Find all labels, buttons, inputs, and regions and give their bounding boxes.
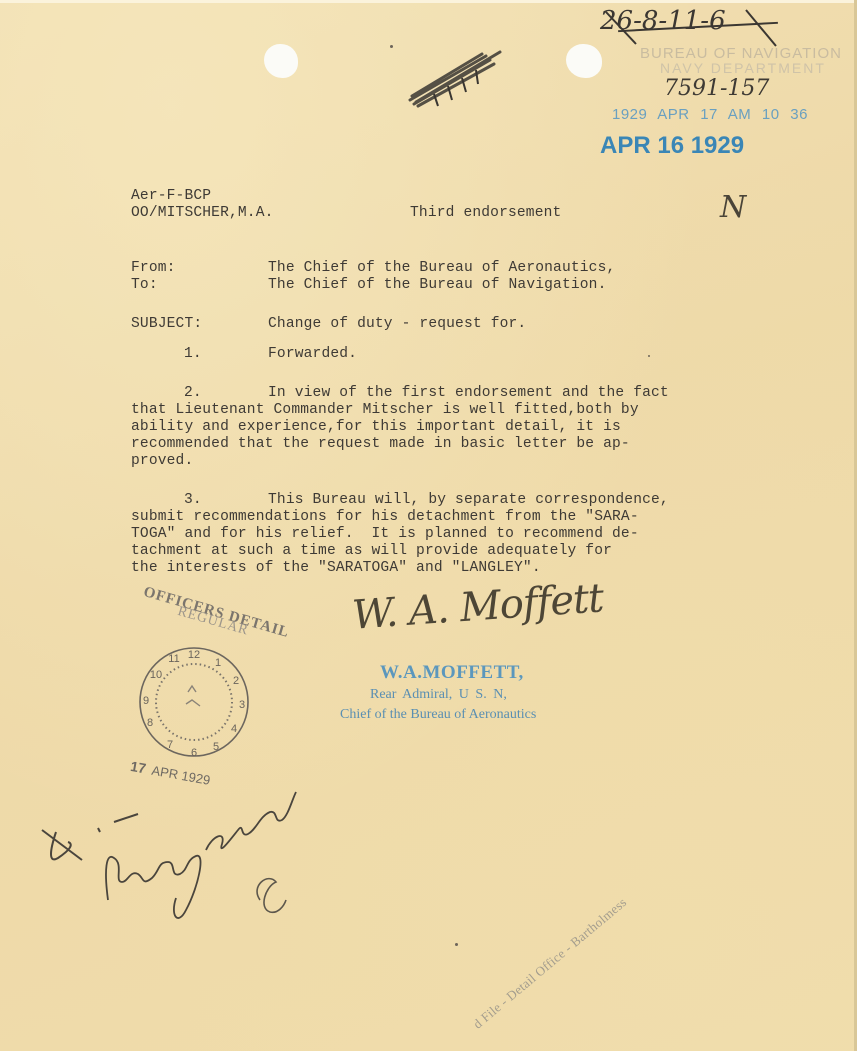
received-time-stamp: 1929 APR 17 AM 10 36 [612,106,808,123]
paragraph-2-line: that Lieutenant Commander Mitscher is we… [131,402,639,419]
paragraph-2-line: ability and experience,for this importan… [131,419,621,436]
officers-detail-stamp: OFFICERS DETAIL [141,584,291,642]
paragraph-2-number: 2. [184,385,202,402]
from-label: From: [131,260,176,277]
signature-stamp-title: Chief of the Bureau of Aeronautics [340,707,536,723]
strike-crosses [596,8,796,48]
paragraph-1-line: Forwarded. [268,346,357,363]
ink-speck [648,355,650,357]
ink-speck [455,943,458,946]
clock-stamp-day: 17 [129,758,147,776]
svg-text:1: 1 [215,657,221,669]
paragraph-3-line: submit recommendations for his detachmen… [131,509,639,526]
from-value: The Chief of the Bureau of Aeronautics, [268,260,615,277]
svg-text:11: 11 [168,653,179,665]
paragraph-3-line: This Bureau will, by separate correspond… [268,492,669,509]
detail-office-file-stamp: d File - Detail Office - Bartholmess [470,894,630,1032]
svg-text:10: 10 [150,669,162,681]
ink-speck [390,45,393,48]
signature-stamp-name: W.A.MOFFETT, [380,662,524,684]
document-page: 26-8-11-6 BUREAU OF NAVIGATION NAVY DEPA… [0,0,857,1051]
clock-stamp-icon: 12 1 2 3 4 5 6 7 8 9 10 11 [136,644,252,760]
subject-value: Change of duty - request for. [268,316,526,333]
clock-stamp-month-year: APR 1929 [150,763,211,788]
svg-text:2: 2 [233,675,239,687]
navy-department-stamp: NAVY DEPARTMENT [660,60,826,76]
pencil-scribble-mark [404,44,504,110]
file-code: Aer-F-BCP [131,188,211,205]
clock-stamp-date: 17APR 1929 [129,758,211,788]
to-label: To: [131,277,158,294]
paragraph-2-line: proved. [131,453,193,470]
paragraph-3-line: TOGA" and for his relief. It is planned … [131,526,639,543]
handwritten-initials: N [720,190,746,225]
punch-hole-right [566,44,602,78]
svg-text:7: 7 [167,739,173,751]
paragraph-3-number: 3. [184,492,202,509]
signature-stamp-rank: Rear Admiral, U S. N, [370,687,507,703]
paragraph-1-number: 1. [184,346,202,363]
to-value: The Chief of the Bureau of Navigation. [268,277,607,294]
svg-text:8: 8 [147,717,153,729]
endorsement-title: Third endorsement [410,205,561,222]
svg-text:5: 5 [213,741,219,753]
svg-text:6: 6 [191,747,197,759]
svg-text:12: 12 [188,649,200,661]
pencil-note-handwriting [30,790,330,930]
subject-label: SUBJECT: [131,316,202,333]
date-stamp: APR 16 1929 [600,132,744,160]
paper-edge-top [0,0,857,3]
paragraph-2-line: recommended that the request made in bas… [131,436,630,453]
handwritten-signature: W. A. Moffett [351,575,605,638]
file-number: 7591-157 [664,76,769,101]
paragraph-3-line: tachment at such a time as will provide … [131,543,612,560]
routing-line: OO/MITSCHER,M.A. [131,205,274,222]
paragraph-2-line: In view of the first endorsement and the… [268,385,669,402]
svg-text:3: 3 [239,699,245,711]
svg-text:9: 9 [143,695,149,707]
svg-text:4: 4 [231,723,237,735]
punch-hole-left [264,44,298,78]
paragraph-3-line: the interests of the "SARATOGA" and "LAN… [131,560,541,577]
